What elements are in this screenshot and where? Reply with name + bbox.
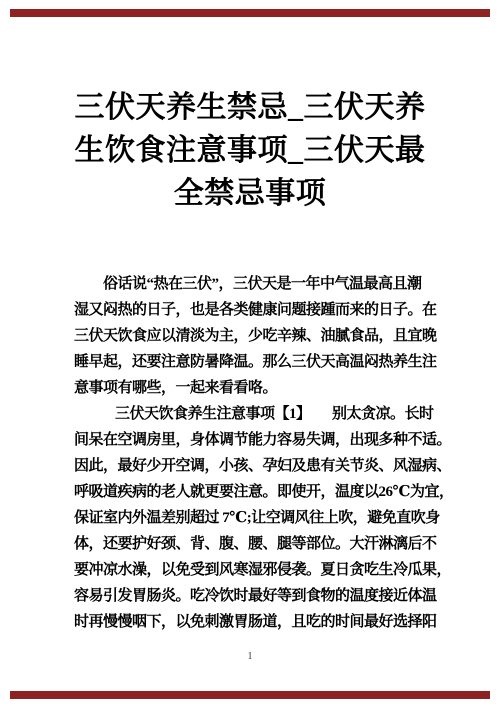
body-line: 时再慢慢咽下，以免刺激胃肠道，且吃的时间最好选择阳 bbox=[74, 609, 456, 635]
top-accent-bar bbox=[10, 9, 490, 17]
body-line: 体，还要护好颈、背、腹、腰、腿等部位。大汗淋漓后不 bbox=[74, 531, 456, 557]
title-line: 生饮食注意事项_三伏天最 bbox=[0, 129, 500, 172]
body-line: 意事项有哪些，一起来看看咯。 bbox=[74, 375, 456, 401]
body-line: 因此，最好少开空调，小孩、孕妇及患有关节炎、风湿病、 bbox=[74, 453, 456, 479]
title-line: 三伏天养生禁忌_三伏天养 bbox=[0, 86, 500, 129]
body-line: 湿又闷热的日子，也是各类健康问题接踵而来的日子。在 bbox=[74, 297, 456, 323]
body-line: 俗话说“热在三伏”，三伏天是一年中气温最高且潮 bbox=[74, 271, 456, 297]
page-number: 1 bbox=[248, 651, 253, 662]
body-line: 要冲凉水澡，以免受到风寒湿邪侵袭。夏日贪吃生冷瓜果， bbox=[74, 557, 456, 583]
document-page: 三伏天养生禁忌_三伏天养 生饮食注意事项_三伏天最 全禁忌事项 俗话说“热在三伏… bbox=[0, 0, 500, 707]
title-line: 全禁忌事项 bbox=[0, 172, 500, 215]
document-title: 三伏天养生禁忌_三伏天养 生饮食注意事项_三伏天最 全禁忌事项 bbox=[0, 86, 500, 215]
document-body: 俗话说“热在三伏”，三伏天是一年中气温最高且潮 湿又闷热的日子，也是各类健康问题… bbox=[74, 271, 456, 635]
body-line: 间呆在空调房里，身体调节能力容易失调，出现多种不适。 bbox=[74, 427, 456, 453]
body-line: 容易引发胃肠炎。吃冷饮时最好等到食物的温度接近体温 bbox=[74, 583, 456, 609]
body-line: 呼吸道疾病的老人就更要注意。即使开，温度以26℃为宜， bbox=[74, 479, 456, 505]
body-line: 三伏天饮食养生注意事项【1】 别太贪凉。长时 bbox=[74, 401, 456, 427]
page-footer: 1 bbox=[0, 650, 500, 664]
body-line: 保证室内外温差别超过 7℃;让空调风往上吹，避免直吹身 bbox=[74, 505, 456, 531]
bottom-accent-bar bbox=[10, 691, 490, 699]
body-line: 睡早起，还要注意防暑降温。那么三伏天高温闷热养生注 bbox=[74, 349, 456, 375]
body-line: 三伏天饮食应以清淡为主，少吃辛辣、油腻食品，且宜晚 bbox=[74, 323, 456, 349]
